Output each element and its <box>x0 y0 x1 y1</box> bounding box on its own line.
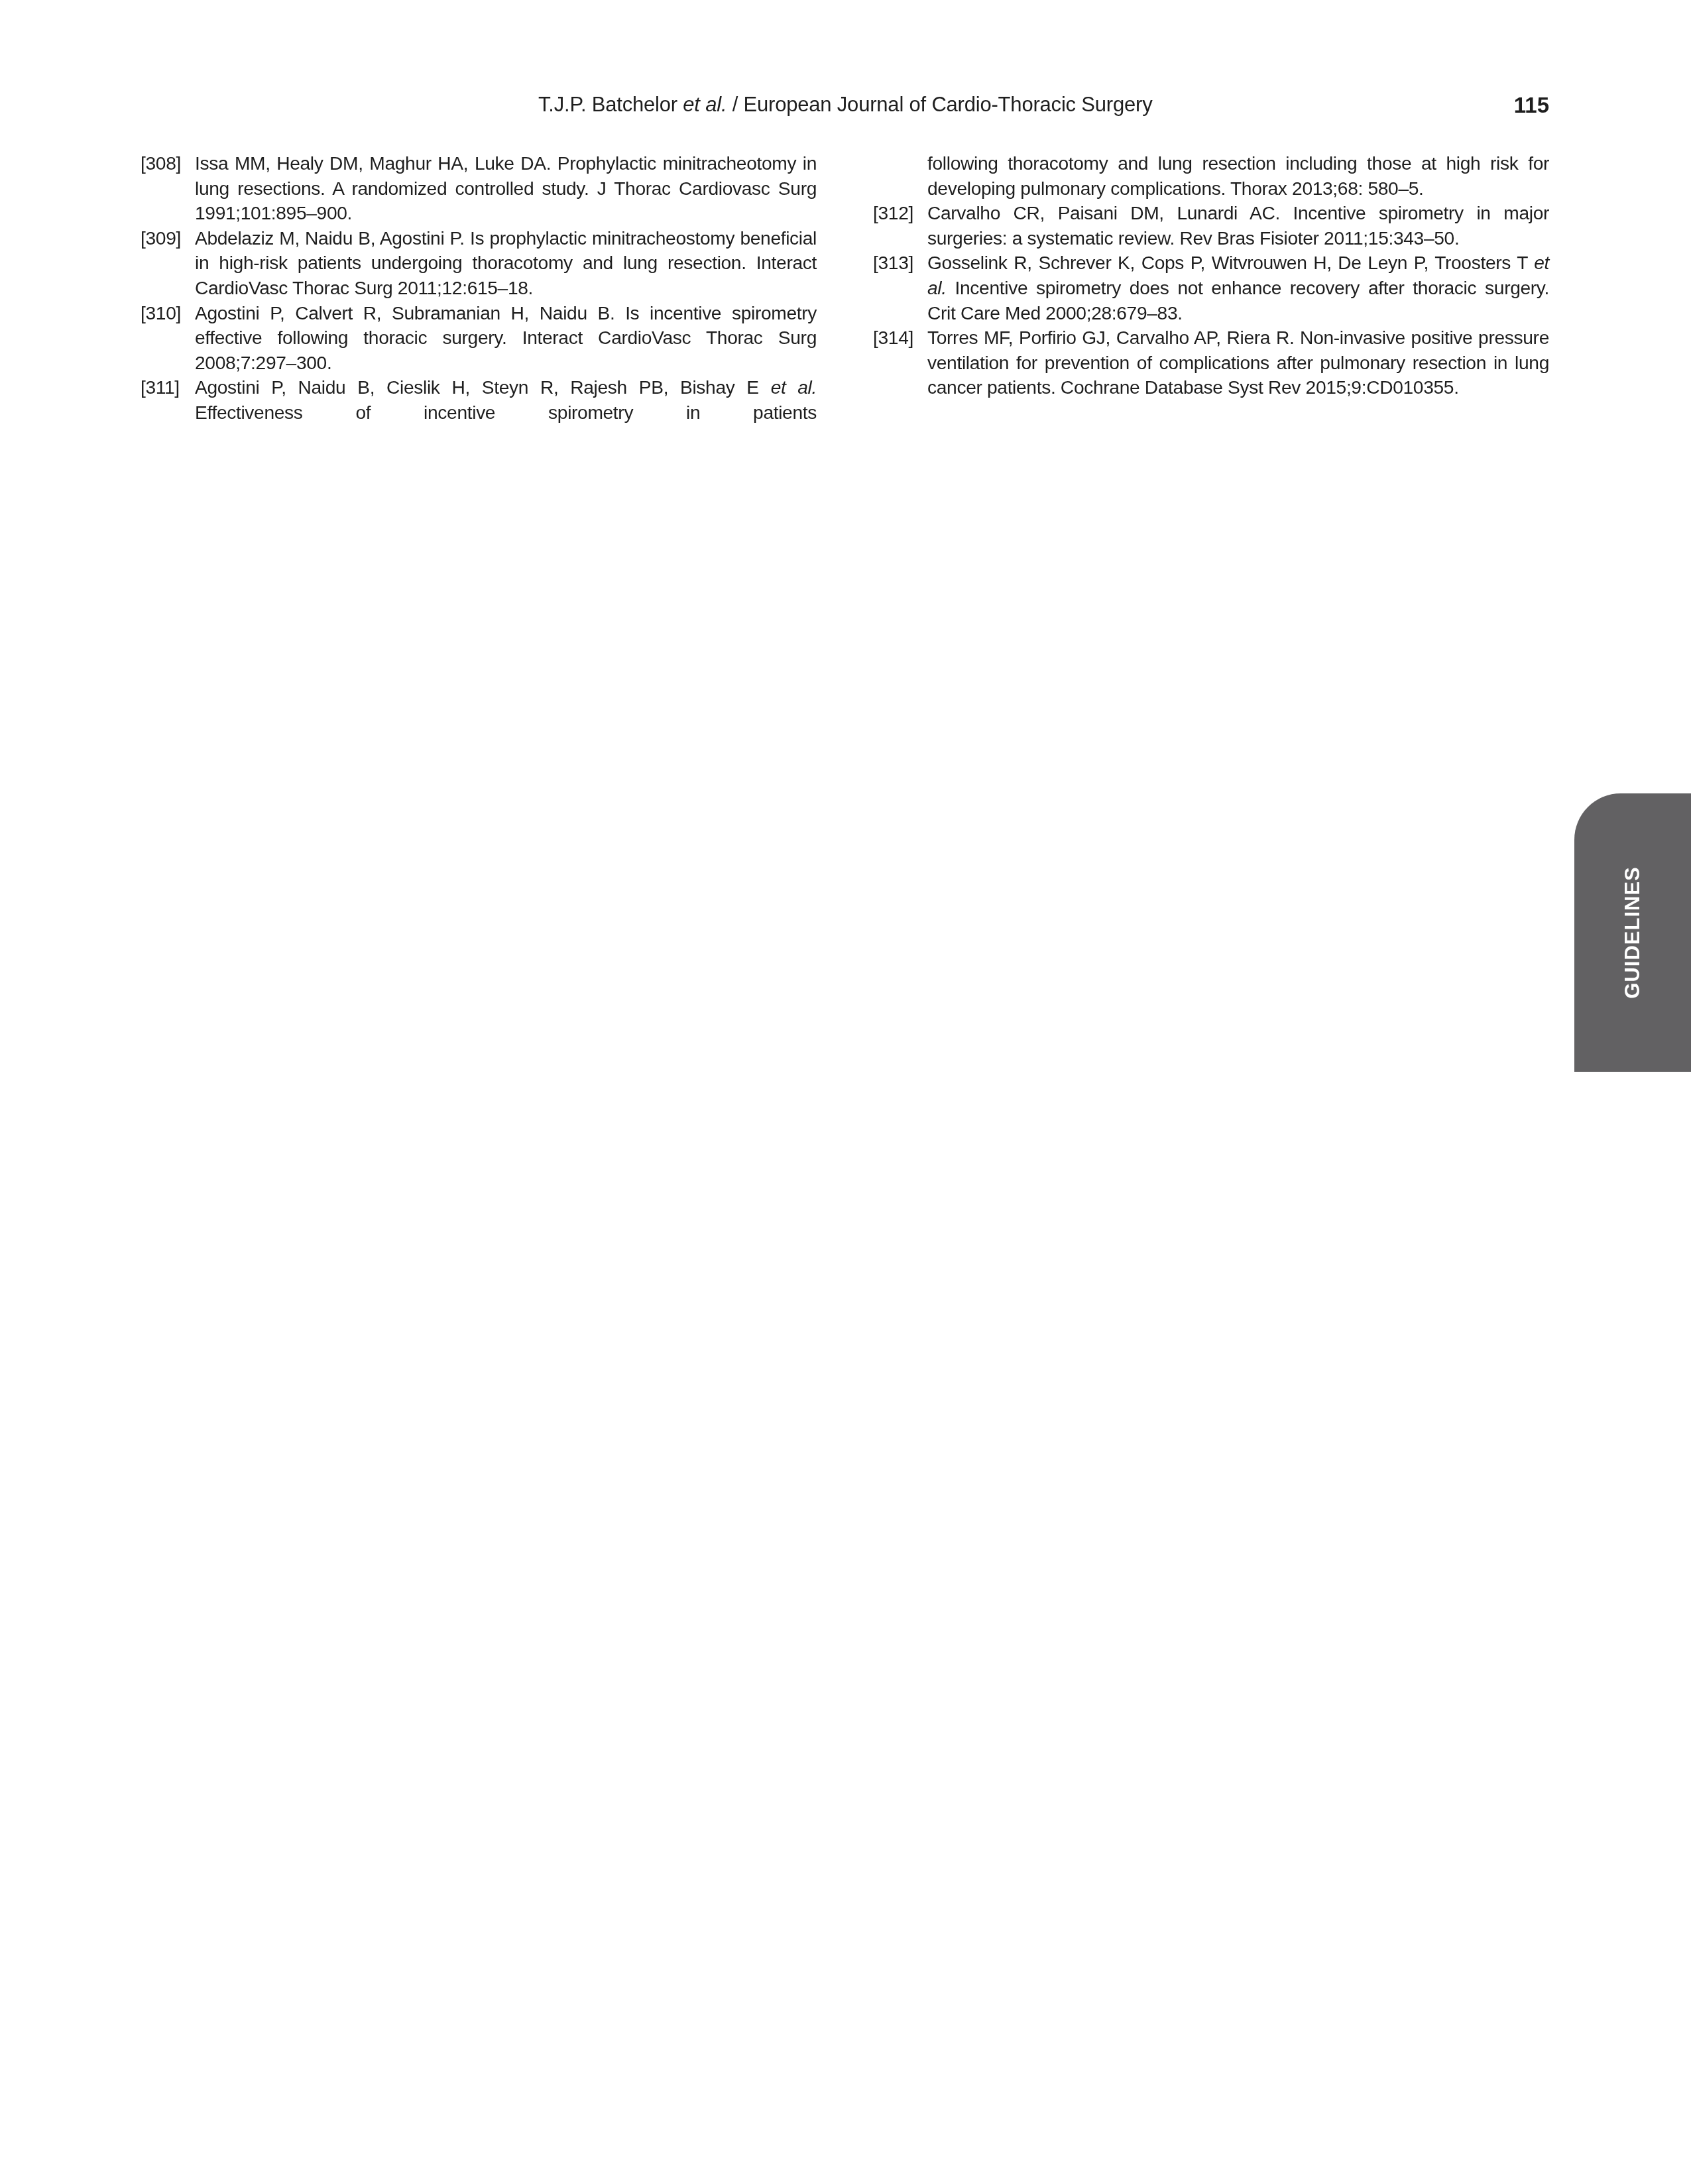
reference-text: Agostini P, Naidu B, Cieslik H, Steyn R,… <box>195 376 817 423</box>
reference-number: [312] <box>873 201 913 226</box>
side-tab-label: GUIDELINES <box>1621 866 1645 998</box>
reference-text: Issa MM, Healy DM, Maghur HA, Luke DA. P… <box>195 152 817 223</box>
reference-column-right: following thoracotomy and lung resection… <box>873 151 1549 400</box>
page-number: 115 <box>1514 93 1549 118</box>
reference-number: [311] <box>141 375 180 400</box>
reference-text: following thoracotomy and lung resection… <box>927 152 1549 199</box>
reference-item: [310] Agostini P, Calvert R, Subramanian… <box>141 301 817 376</box>
reference-item: [311] Agostini P, Naidu B, Cieslik H, St… <box>141 375 817 425</box>
reference-item: [313] Gosselink R, Schrever K, Cops P, W… <box>873 251 1549 325</box>
reference-number: [308] <box>141 151 181 176</box>
reference-continuation: following thoracotomy and lung resection… <box>873 151 1549 201</box>
reference-item: [312] Carvalho CR, Paisani DM, Lunardi A… <box>873 201 1549 251</box>
running-head: T.J.P. Batchelor et al. / European Journ… <box>538 93 1152 117</box>
reference-number: [309] <box>141 226 181 251</box>
reference-number: [310] <box>141 301 181 326</box>
reference-text: Gosselink R, Schrever K, Cops P, Witvrou… <box>927 252 1549 323</box>
reference-item: [309] Abdelaziz M, Naidu B, Agostini P. … <box>141 226 817 301</box>
reference-number: [313] <box>873 251 913 276</box>
reference-text: Torres MF, Porfirio GJ, Carvalho AP, Rie… <box>927 327 1549 398</box>
reference-number: [314] <box>873 325 913 351</box>
reference-column-left: [308] Issa MM, Healy DM, Maghur HA, Luke… <box>141 151 817 426</box>
reference-text: Carvalho CR, Paisani DM, Lunardi AC. Inc… <box>927 202 1549 249</box>
section-side-tab: GUIDELINES <box>1574 793 1691 1072</box>
page-header: T.J.P. Batchelor et al. / European Journ… <box>0 93 1691 126</box>
reference-text: Agostini P, Calvert R, Subramanian H, Na… <box>195 302 817 373</box>
reference-item: [314] Torres MF, Porfirio GJ, Carvalho A… <box>873 325 1549 400</box>
reference-item: [308] Issa MM, Healy DM, Maghur HA, Luke… <box>141 151 817 226</box>
reference-text: Abdelaziz M, Naidu B, Agostini P. Is pro… <box>195 227 817 298</box>
